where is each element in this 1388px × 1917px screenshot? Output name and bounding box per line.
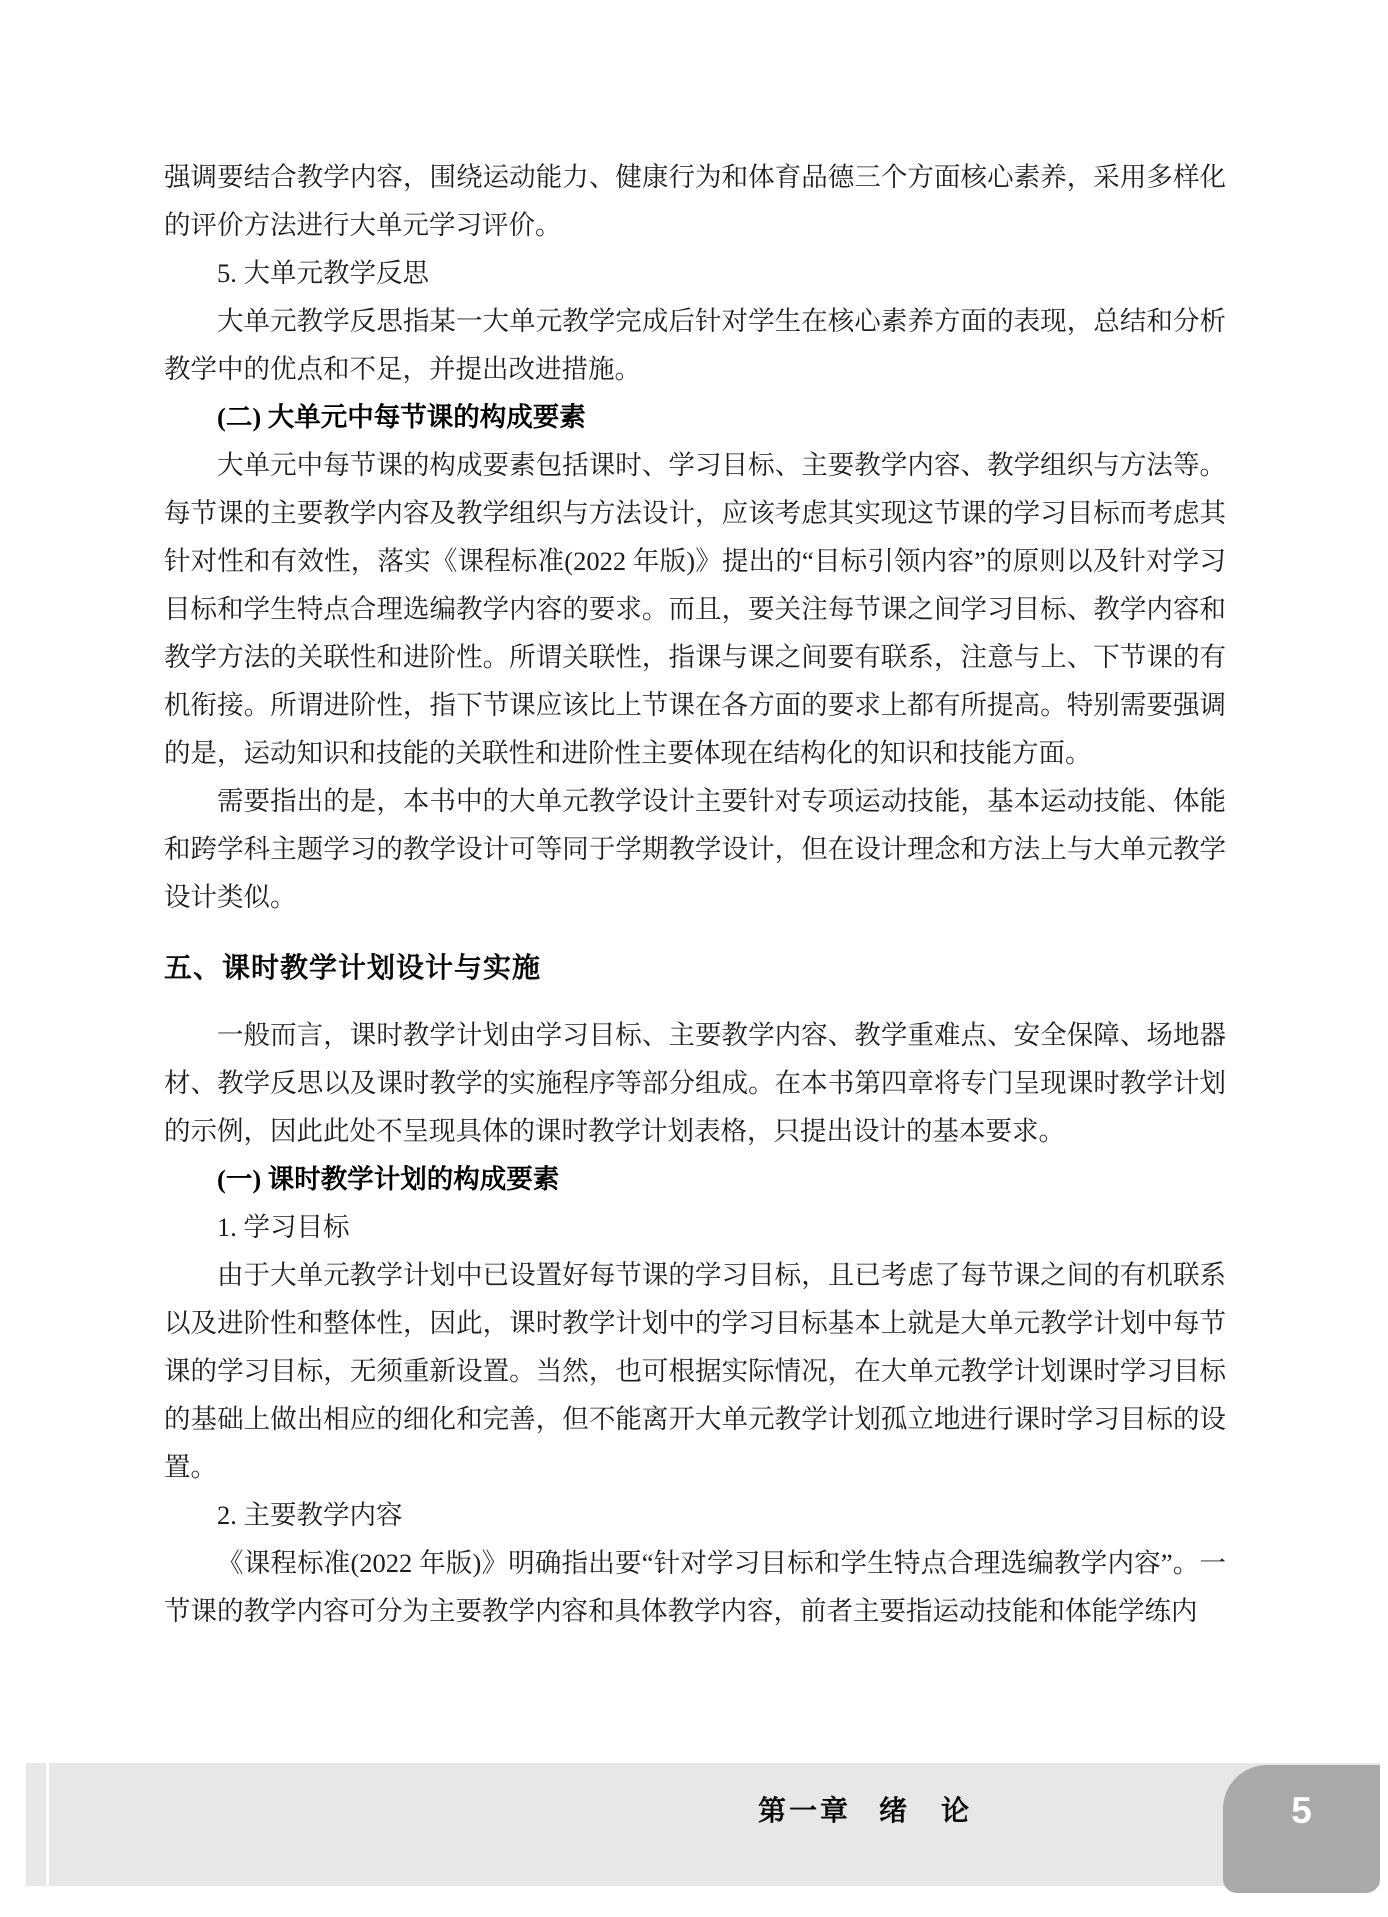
book-page: 强调要结合教学内容，围绕运动能力、健康行为和体育品德三个方面核心素养，采用多样化… [0,0,1388,1917]
footer-title-label: 绪 论 [879,1796,972,1826]
body-paragraph: 由于大单元教学计划中已设置好每节课的学习目标，且已考虑了每节课之间的有机联系以及… [164,1251,1226,1491]
numbered-item: 2. 主要教学内容 [164,1491,1226,1539]
numbered-item: 1. 学习目标 [164,1203,1226,1251]
body-paragraph: 《课程标准(2022 年版)》明确指出要“针对学习目标和学生特点合理选编教学内容… [164,1539,1226,1635]
body-paragraph: 大单元中每节课的构成要素包括课时、学习目标、主要教学内容、教学组织与方法等。每节… [164,441,1226,777]
sub-heading: (一) 课时教学计划的构成要素 [164,1155,1226,1203]
page-content: 强调要结合教学内容，围绕运动能力、健康行为和体育品德三个方面核心素养，采用多样化… [164,153,1226,1635]
numbered-item: 5. 大单元教学反思 [164,249,1226,297]
body-paragraph: 大单元教学反思指某一大单元教学完成后针对学生在核心素养方面的表现，总结和分析教学… [164,297,1226,393]
footer-band [49,1763,1380,1886]
body-paragraph: 一般而言，课时教学计划由学习目标、主要教学内容、教学重难点、安全保障、场地器材、… [164,1011,1226,1155]
section-heading: 五、课时教学计划设计与实施 [164,944,1226,992]
page-edge-strip [26,1763,46,1886]
sub-heading: (二) 大单元中每节课的构成要素 [164,393,1226,441]
body-paragraph: 强调要结合教学内容，围绕运动能力、健康行为和体育品德三个方面核心素养，采用多样化… [164,153,1226,249]
body-paragraph: 需要指出的是，本书中的大单元教学设计主要针对专项运动技能，基本运动技能、体能和跨… [164,777,1226,921]
footer-chapter-label: 第一章 [758,1796,851,1826]
page-number: 5 [1223,1791,1380,1831]
chapter-footer: 第一章 绪 论 [758,1796,972,1826]
